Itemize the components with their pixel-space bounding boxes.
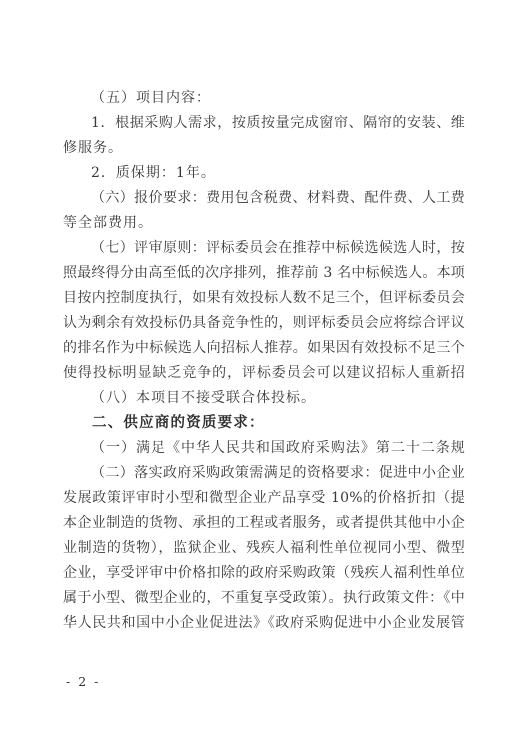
doc-line-item7-review-6: 使得投标明显缺乏竞争的，评标委员会可以建议招标人重新招标。 [63, 361, 465, 386]
doc-line-item8-consortium: （八）本项目不接受联合体投标。 [63, 386, 465, 411]
doc-line-qual-2: （二）落实政府采购政策需满足的资格要求：促进中小企业 [63, 461, 465, 486]
doc-line-qual-2-cont-3: 业制造的货物），监狱企业、残疾人福利性单位视同小型、微型 [63, 536, 465, 561]
doc-line-item7-review-3: 目按内控制度执行，如果有效投标人数不足三个，但评标委员会 [63, 286, 465, 311]
document-page: （五）项目内容： 1．根据采购人需求，按质按量完成窗帘、隔帘的安装、维 修服务。… [0, 0, 525, 742]
document-body: （五）项目内容： 1．根据采购人需求，按质按量完成窗帘、隔帘的安装、维 修服务。… [63, 86, 465, 636]
doc-line-qual-2-cont-6: 华人民共和国中小企业促进法》《政府采购促进中小企业发展管 [63, 611, 465, 636]
doc-line-qual-2-cont-2: 本企业制造的货物、承担的工程或者服务，或者提供其他中小企 [63, 511, 465, 536]
page-number: - 2 - [66, 674, 100, 689]
doc-line-qual-1: （一）满足《中华人民共和国政府采购法》第二十二条规定。 [63, 436, 465, 461]
doc-line-item5-point1-cont: 修服务。 [63, 136, 465, 161]
section-heading-supplier-qualifications: 二、供应商的资质要求： [63, 411, 465, 436]
doc-line-item7-review-2: 照最终得分由高至低的次序排列，推荐前 3 名中标候选人。本项 [63, 261, 465, 286]
doc-line-qual-2-cont-1: 发展政策评审时小型和微型企业产品享受 10%的价格折扣（提供 [63, 486, 465, 511]
doc-line-qual-2-cont-4: 企业，享受评审中价格扣除的政府采购政策（残疾人福利性单位 [63, 561, 465, 586]
doc-line-item7-review-1: （七）评审原则：评标委员会在推荐中标候选候选人时，按 [63, 236, 465, 261]
doc-line-item7-review-4: 认为剩余有效投标仍具备竞争性的，则评标委员会应将综合评议 [63, 311, 465, 336]
doc-line-qual-2-cont-5: 属于小型、微型企业的，不重复享受政策）。执行政策文件：《中 [63, 586, 465, 611]
doc-line-item5-heading: （五）项目内容： [63, 86, 465, 111]
doc-line-item6-quote-cont: 等全部费用。 [63, 211, 465, 236]
doc-line-item6-quote: （六）报价要求：费用包含税费、材料费、配件费、人工费 [63, 186, 465, 211]
doc-line-item7-review-5: 的排名作为中标候选人向招标人推荐。如果因有效投标不足三个 [63, 336, 465, 361]
doc-line-item5-point2: 2．质保期：1年。 [63, 161, 465, 186]
doc-line-item5-point1: 1．根据采购人需求，按质按量完成窗帘、隔帘的安装、维 [63, 111, 465, 136]
